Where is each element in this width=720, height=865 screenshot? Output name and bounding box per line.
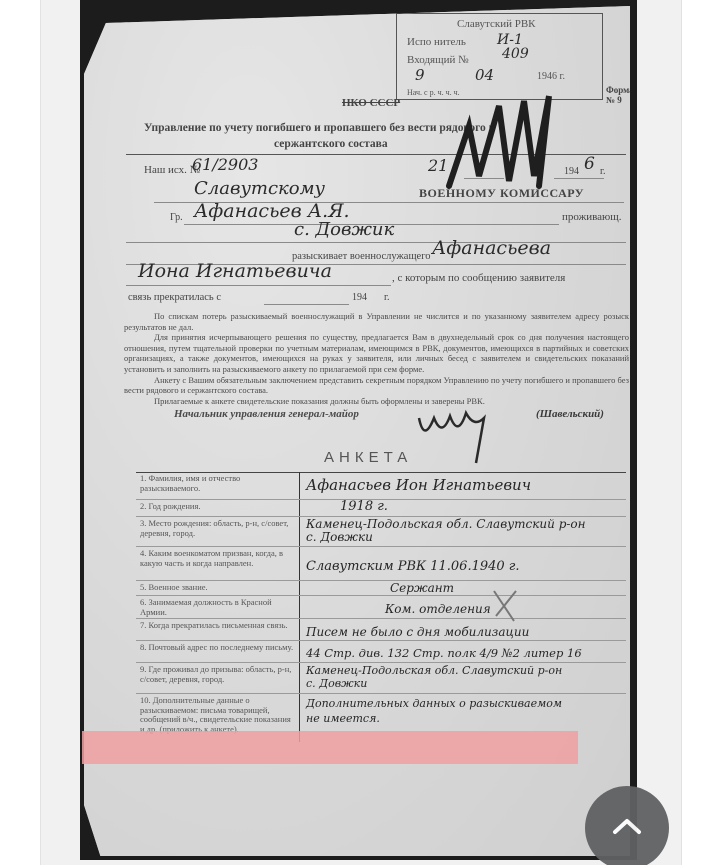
- citizen-village: с. Довжик: [294, 219, 394, 240]
- addressee-handwritten: Славутскому: [194, 178, 325, 199]
- table-row: 7. Когда прекратилась письменная связь. …: [136, 619, 626, 641]
- search-surname: Афанасьева: [432, 237, 551, 259]
- row-label: 5. Военное звание.: [136, 581, 300, 595]
- department-line-2: сержантского состава: [274, 138, 388, 150]
- outgoing-year-unit: г.: [600, 166, 605, 177]
- row-label: 8. Почтовый адрес по последнему письму.: [136, 641, 300, 662]
- table-row: 3. Место рождения: область, р-н, с/совет…: [136, 517, 626, 547]
- ministry-heading: НКО СССР: [342, 97, 400, 109]
- anketa-title: АНКЕТА: [324, 449, 412, 466]
- row-value-line: не имеется.: [306, 711, 620, 726]
- row-value: Ком. отделения: [300, 596, 626, 618]
- table-row: 8. Почтовый адрес по последнему письму. …: [136, 641, 626, 663]
- outgoing-year-suffix: 6: [584, 154, 595, 174]
- row-value: Каменец-Подольская обл. Славутский р-онс…: [300, 663, 626, 693]
- table-row: 2. Год рождения. 1918 г.: [136, 500, 626, 517]
- row-value: Писем не было с дня мобилизации: [300, 619, 626, 640]
- stamp-ispolnitel-label: Испо нитель: [407, 36, 466, 48]
- search-tail: , с которым по сообщению заявителя: [392, 272, 565, 284]
- stamp-year: 1946 г.: [537, 71, 565, 82]
- table-row: 6. Занимаемая должность в Красной Армии.…: [136, 596, 626, 619]
- paragraph-not-listed: По спискам потерь разыскиваемый военносл…: [124, 311, 629, 332]
- lost-contact-label: связь прекратилась с: [128, 292, 221, 303]
- paragraph-submit-secretly: Анкету с Вашим обязательным заключением …: [124, 375, 629, 396]
- row-value-line: Дополнительных данных о разыскиваемом: [306, 696, 620, 711]
- cross-mark: [484, 586, 524, 626]
- addressee-printed: ВОЕННОМУ КОМИССАРУ: [419, 186, 584, 201]
- row-label: 3. Место рождения: область, р-н, с/совет…: [136, 517, 300, 546]
- row-value: Афанасьев Ион Игнатьевич: [300, 472, 626, 499]
- outgoing-number: 61/2903: [192, 155, 258, 174]
- lost-contact-year: 194: [352, 292, 367, 303]
- row-label: 2. Год рождения.: [136, 500, 300, 516]
- chevron-up-icon: [612, 816, 642, 836]
- table-row: 1. Фамилия, имя и отчество разыскиваемог…: [136, 472, 626, 500]
- redaction-bar: [82, 731, 578, 764]
- row-label: 9. Где проживал до призыва: область, р-н…: [136, 663, 300, 693]
- row-value-line: Каменец-Подольская обл. Славутский р-он: [306, 664, 620, 677]
- row-label: 7. Когда прекратилась письменная связь.: [136, 619, 300, 640]
- row-value: Сержант: [300, 581, 626, 595]
- row-value: 1918 г.: [300, 500, 626, 516]
- scroll-to-top-button[interactable]: [585, 786, 669, 865]
- stamp-incoming-number: 409: [502, 46, 529, 62]
- row-value-line: с. Довжки: [306, 531, 620, 544]
- signature-role: Начальник управления генерал-майор: [174, 408, 359, 420]
- search-given-names: Иона Игнатьевича: [138, 260, 332, 282]
- table-row: 5. Военное звание. Сержант: [136, 581, 626, 596]
- stamp-incoming-label: Входящий №: [407, 54, 469, 66]
- row-value: 44 Стр. див. 132 Стр. полк 4/9 №2 литер …: [300, 641, 626, 662]
- row-value-line: с. Довжки: [306, 677, 620, 690]
- table-row: 4. Каким военкоматом призван, когда, в к…: [136, 547, 626, 581]
- row-value: Каменец-Подольская обл. Славутский р-онс…: [300, 517, 626, 546]
- signature-name: (Шавельский): [536, 408, 604, 420]
- citizen-label: Гр.: [170, 212, 183, 223]
- lost-contact-year-unit: г.: [384, 292, 389, 303]
- table-row: 9. Где проживал до призыва: область, р-н…: [136, 663, 626, 694]
- paragraph-witness-statements: Прилагаемые к анкете свидетельские показ…: [124, 396, 629, 407]
- body-text: По спискам потерь разыскиваемый военносл…: [124, 311, 629, 406]
- row-label: 4. Каким военкоматом призван, когда, в к…: [136, 547, 300, 580]
- stamp-title: Славутский РВК: [457, 18, 536, 30]
- row-label: 1. Фамилия, имя и отчество разыскиваемог…: [136, 472, 300, 499]
- commander-signature: [414, 398, 504, 468]
- row-value: Славутским РВК 11.06.1940 г.: [300, 547, 626, 580]
- citizen-residing-label: проживающ.: [562, 211, 621, 223]
- paragraph-instructions: Для принятия исчерпывающего решения по с…: [124, 332, 629, 374]
- form-number: Форма № 9: [606, 85, 634, 105]
- stamp-day: 9: [415, 66, 425, 84]
- archival-document: Славутский РВК Испо нитель И-1 Входящий …: [84, 6, 630, 856]
- stamp-month: 04: [475, 66, 494, 84]
- anketa-table: 1. Фамилия, имя и отчество разыскиваемог…: [136, 472, 626, 742]
- row-label: 6. Занимаемая должность в Красной Армии.: [136, 596, 300, 618]
